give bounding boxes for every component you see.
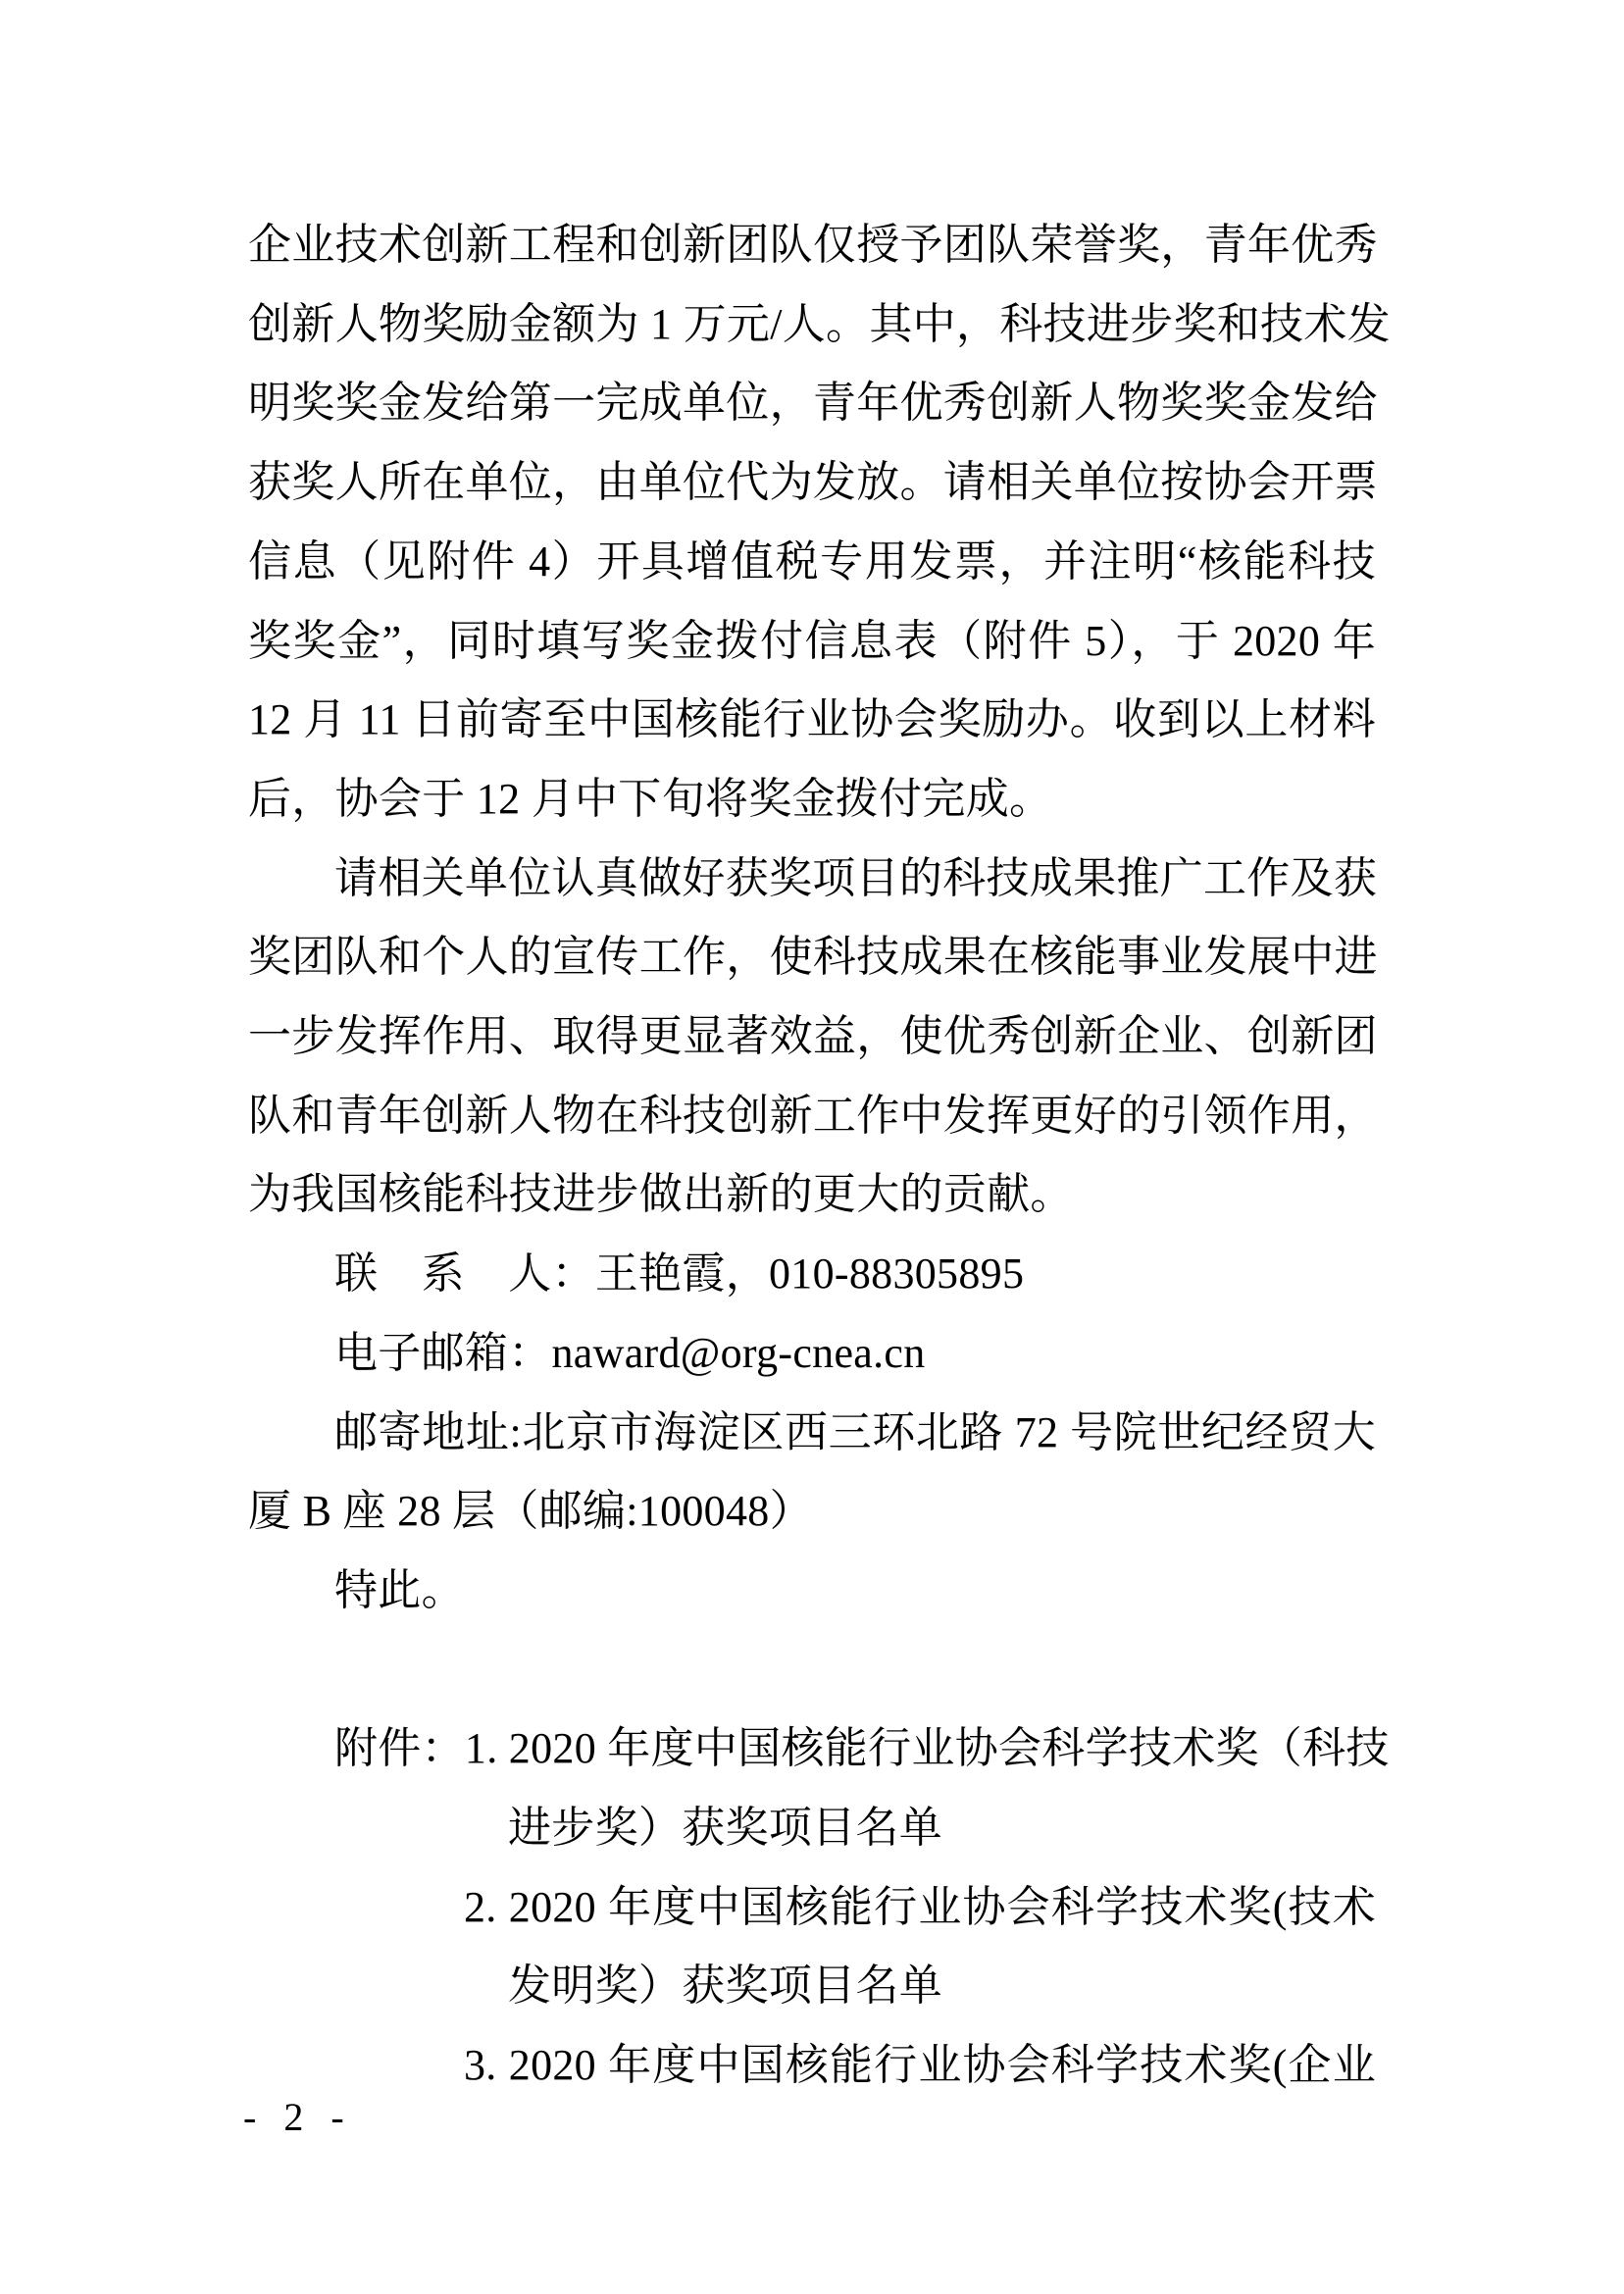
body-line: 明奖奖金发给第一完成单位，青年优秀创新人物奖奖金发给: [248, 364, 1376, 443]
contact-email-line: 电子邮箱：naward@org-cnea.cn: [248, 1314, 1376, 1394]
body-line: 12 月 11 日前寄至中国核能行业协会奖励办。收到以上材料: [248, 681, 1376, 760]
body-line: 创新人物奖励金额为 1 万元/人。其中，科技进步奖和技术发: [248, 285, 1376, 365]
body-line: 为我国核能科技进步做出新的更大的贡献。: [248, 1155, 1376, 1235]
body-line: 奖奖金”，同时填写奖金拨付信息表（附件 5），于 2020 年: [248, 602, 1376, 682]
mailing-address-line: 厦 B 座 28 层（邮编:100048）: [248, 1472, 1376, 1552]
body-line: 信息（见附件 4）开具增值税专用发票，并注明“核能科技: [248, 523, 1376, 602]
attachment-line: 附件：1. 2020 年度中国核能行业协会科学技术奖（科技: [248, 1709, 1376, 1789]
attachment-line: 进步奖）获奖项目名单: [248, 1789, 1376, 1868]
attachment-line: 3. 2020 年度中国核能行业协会科学技术奖(企业: [248, 2026, 1376, 2106]
document-body: 企业技术创新工程和创新团队仅授予团队荣誉奖，青年优秀 创新人物奖励金额为 1 万…: [248, 206, 1376, 2106]
closing-line: 特此。: [248, 1552, 1376, 1631]
page-number: - 2 -: [243, 2095, 353, 2140]
blank-line: [248, 1631, 1376, 1710]
body-line: 请相关单位认真做好获奖项目的科技成果推广工作及获: [248, 840, 1376, 919]
attachment-line: 发明奖）获奖项目名单: [248, 1947, 1376, 2026]
body-line: 企业技术创新工程和创新团队仅授予团队荣誉奖，青年优秀: [248, 206, 1376, 285]
body-line: 后，协会于 12 月中下旬将奖金拨付完成。: [248, 760, 1376, 840]
body-line: 获奖人所在单位，由单位代为发放。请相关单位按协会开票: [248, 443, 1376, 523]
body-line: 奖团队和个人的宣传工作，使科技成果在核能事业发展中进: [248, 918, 1376, 997]
body-line: 队和青年创新人物在科技创新工作中发挥更好的引领作用，: [248, 1077, 1376, 1156]
contact-person-line: 联 系 人：王艳霞，010-88305895: [248, 1235, 1376, 1314]
body-line: 一步发挥作用、取得更显著效益，使优秀创新企业、创新团: [248, 997, 1376, 1077]
attachment-line: 2. 2020 年度中国核能行业协会科学技术奖(技术: [248, 1868, 1376, 1948]
mailing-address-line: 邮寄地址:北京市海淀区西三环北路 72 号院世纪经贸大: [248, 1394, 1376, 1473]
document-page: 企业技术创新工程和创新团队仅授予团队荣誉奖，青年优秀 创新人物奖励金额为 1 万…: [0, 0, 1624, 2294]
